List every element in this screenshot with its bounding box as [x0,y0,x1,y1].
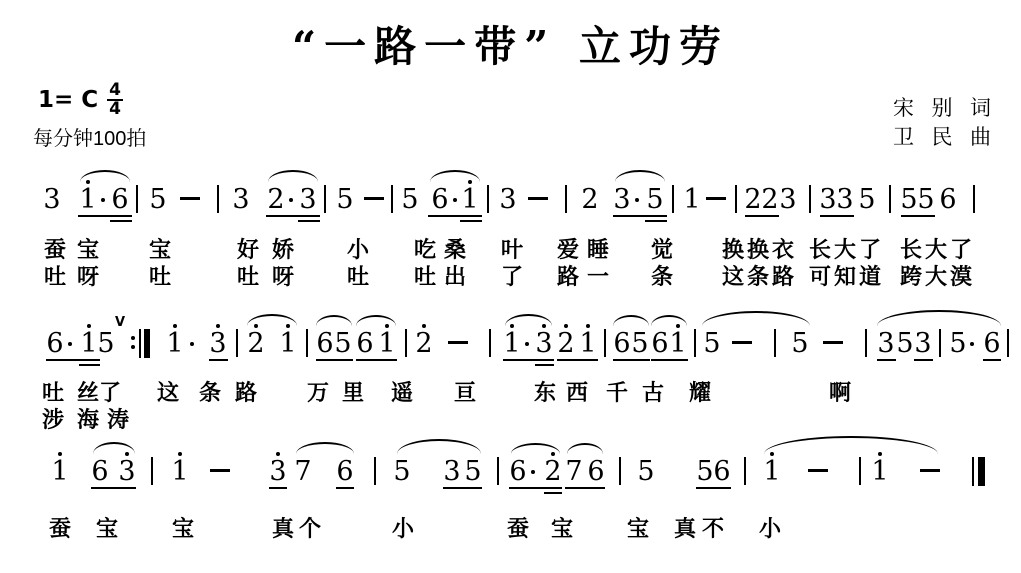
breath-mark: V [115,315,125,330]
beam [983,359,1001,361]
augmentation-dot [190,342,194,346]
barline [489,329,491,357]
beam [316,359,353,361]
slur-arc [702,311,810,326]
repeat-thin-bar [139,329,141,358]
lyric-char: 吐 [414,260,436,291]
note: 6 [316,330,333,357]
final-barline [972,457,988,486]
lyric-char: 漠 [950,260,972,291]
note: 6 [983,330,1000,357]
note: 1 [171,458,188,485]
note: 6 [111,186,128,213]
slur-arc [247,314,297,326]
lyric-char: 不 [702,512,724,543]
beam [443,487,482,489]
beam [356,359,397,361]
note: 3 [613,186,630,213]
note: 5 [696,458,713,485]
beam [336,487,354,489]
octave-dot [586,324,590,328]
note: 5 [336,186,353,213]
note: 3 [535,330,552,357]
note: 7 [565,458,582,485]
note: 6 [431,186,448,213]
slur-arc [430,170,480,182]
note: 6 [336,458,353,485]
dash-note [732,341,752,344]
beam [914,359,933,361]
octave-dot [173,324,177,328]
beam [613,359,650,361]
barline [306,329,308,357]
tempo-marking: 每分钟100拍 [33,122,146,151]
note: 1 [669,330,686,357]
note: 6 [46,330,63,357]
barline [744,457,746,485]
slur-arc [511,443,560,454]
note: 3 [232,186,249,213]
beam [79,364,100,366]
note: 3 [443,458,460,485]
lyric-char: 呀 [77,260,99,291]
barline [694,329,696,357]
barline [565,185,567,213]
credits: 宋 别 词 卫 民 曲 [893,94,991,152]
beam [557,359,598,361]
note: 3 [499,186,516,213]
sheet-music-page: “一路一带” 立功劳 1= C 4 4 每分钟100拍 宋 别 词 卫 民 曲 … [0,0,1021,573]
music-line: 1631376535627655611 [0,458,1021,498]
note: 2 [744,186,761,213]
note: 2 [247,330,264,357]
barline [136,185,138,213]
lyric-row: 吐呀吐吐呀吐吐出了路一条这条路可知道跨大漠 [0,260,1021,286]
barline [497,457,499,485]
note: 3 [779,186,796,213]
barline [217,185,219,213]
lyric-char: 蚕 [49,512,71,543]
slur-arc [877,310,1001,326]
lyric-char: 涛 [107,403,129,434]
lyric-char: 可 [809,260,831,291]
lyric-char: 宝 [172,512,194,543]
beam [209,359,228,361]
note: 5 [631,330,648,357]
barline [939,329,941,357]
lyric-char: 宝 [627,512,649,543]
beam [820,215,854,217]
beam [266,215,320,217]
beam [565,487,605,489]
time-signature: 4 4 [107,82,123,118]
note: 2 [581,186,598,213]
dash-note [920,469,940,472]
augmentation-dot [289,198,293,202]
note: 5 [703,330,720,357]
dash-note [448,341,468,344]
note: 5 [858,186,875,213]
barline [735,185,737,213]
note: 6 [651,330,668,357]
note: 5 [393,458,410,485]
note: 2 [544,458,561,485]
octave-dot [276,452,280,456]
note: 3 [914,330,931,357]
barline [487,185,489,213]
octave-dot [216,324,220,328]
barline [809,185,811,213]
note: 5 [149,186,166,213]
final-thin-bar [972,457,974,486]
note: 2 [557,330,574,357]
note: 7 [294,458,311,485]
lyric-row: 蚕宝宝好娇小吃桑叶爱睡觉换换衣长大了长大了 [0,233,1021,259]
beam [269,487,287,489]
lyric-char: 蚕 [507,512,529,543]
note: 3 [269,458,286,485]
augmentation-dot [970,342,974,346]
beam [91,487,136,489]
barline [672,185,674,213]
beam [544,492,562,494]
repeat-sign [130,330,152,357]
lyricist-credit: 宋 别 词 [893,94,991,123]
note: 1 [378,330,395,357]
lyricist-char: 别 [932,94,953,123]
barline [324,185,326,213]
note: 1 [579,330,596,357]
composer-char: 民 [932,123,953,152]
octave-dot [58,452,62,456]
slur-arc [613,315,649,326]
lyric-char: 道 [859,260,881,291]
beam [613,215,667,217]
beam [745,215,779,217]
barline [619,457,621,485]
lyric-char: 小 [392,512,414,543]
note: 1 [51,458,68,485]
lyric-row: 蚕宝宝真个小蚕宝宝真不小 [0,512,1021,538]
note: 5 [637,458,654,485]
dash-note [180,197,200,200]
lyric-char: 小 [759,512,781,543]
note: 3 [836,186,853,213]
note: 5 [646,186,663,213]
note: 1 [871,458,888,485]
key-signature: 1= C 4 4 [38,82,123,118]
note: 6 [939,186,956,213]
key-tonic: 1= C [38,87,98,113]
note: 1 [503,330,520,357]
repeat-dot [131,336,135,340]
lyric-char: 路 [772,260,794,291]
augmentation-dot [68,342,72,346]
slur-arc [615,170,665,182]
barline [236,329,238,357]
lyric-char: 真 [272,512,294,543]
note: 1 [79,186,96,213]
barline [151,457,153,485]
slur-arc [80,170,130,182]
beam [509,487,562,489]
barline [973,185,975,213]
dash-note [364,197,384,200]
note: 3 [877,330,894,357]
note: 2 [761,186,778,213]
note: 5 [896,330,913,357]
dash-note [210,469,230,472]
dash-note [528,197,548,200]
beam [78,215,132,217]
barline [374,457,376,485]
lyric-char: 宝 [96,512,118,543]
note: 5 [97,330,114,357]
barline [859,457,861,485]
lyricist-char: 宋 [893,94,914,123]
lyric-char: 大 [925,260,947,291]
slur-arc [567,443,603,454]
note: 5 [401,186,418,213]
beam [696,487,731,489]
beam [877,359,896,361]
beam [46,359,100,361]
beam [298,220,320,222]
note: 3 [209,330,226,357]
slur-arc [505,314,552,326]
barline [889,185,891,213]
slur-arc [93,442,135,454]
augmentation-dot [101,198,105,202]
beam [651,359,688,361]
song-title: “一路一带” 立功劳 [0,14,1021,74]
composer-char: 曲 [970,123,991,152]
note: 6 [613,330,630,357]
beam [110,220,132,222]
lyric-char: 一 [587,260,609,291]
lyric-char: 跨 [900,260,922,291]
note: 5 [791,330,808,357]
note: 6 [509,458,526,485]
repeat-dot [131,345,135,349]
dash-note [706,197,726,200]
final-thick-bar [978,457,985,486]
barline [405,329,407,357]
lyric-char: 知 [834,260,856,291]
note: 5 [334,330,351,357]
lyric-char: 吐 [149,260,171,291]
note: 5 [917,186,934,213]
composer-credit: 卫 民 曲 [893,123,991,152]
octave-dot [87,324,91,328]
note: 5 [464,458,481,485]
note: 3 [819,186,836,213]
note: 5 [900,186,917,213]
note: 1 [461,186,478,213]
note: 3 [299,186,316,213]
note: 1 [80,330,97,357]
slur-arc [356,315,396,326]
note: 6 [356,330,373,357]
lyric-char: 路 [557,260,579,291]
note: 1 [763,458,780,485]
lyric-char: 这 [722,260,744,291]
lyric-row: 涉海涛 [0,403,1021,429]
lyric-char: 海 [77,403,99,434]
octave-dot [422,324,426,328]
music-line: 615V132165612132165615535356 [0,330,1021,370]
note: 1 [279,330,296,357]
beam [645,220,667,222]
augmentation-dot [453,198,457,202]
lyric-char: 吐 [44,260,66,291]
barline [604,329,606,357]
lyric-char: 条 [651,260,673,291]
lyric-char: 呀 [272,260,294,291]
dash-note [823,341,843,344]
slur-arc [651,315,687,326]
lyric-char: 宝 [551,512,573,543]
lyric-char: 了 [501,260,523,291]
octave-dot [178,452,182,456]
repeat-thick-bar [144,329,150,358]
lyric-row: 吐丝了这条路万里遥亘东西千古耀啊 [0,376,1021,402]
note: 3 [43,186,60,213]
lyric-char: 吐 [237,260,259,291]
slur-arc [268,170,318,182]
beam [460,220,482,222]
octave-dot [564,324,568,328]
augmentation-dot [525,342,529,346]
barline [1007,329,1009,357]
note: 6 [713,458,730,485]
dash-note [808,469,828,472]
note: 6 [91,458,108,485]
beam [428,215,482,217]
note: 3 [118,458,135,485]
slur-arc [316,315,352,326]
note: 1 [683,186,700,213]
note: 1 [166,330,183,357]
augmentation-dot [635,198,639,202]
slur-arc [397,439,481,454]
note: 2 [415,330,432,357]
barline [865,329,867,357]
slur-arc [764,436,938,454]
music-line: 3165323556132351223335556 [0,186,1021,226]
composer-char: 卫 [893,123,914,152]
lyric-char: 吐 [347,260,369,291]
beam [503,359,554,361]
lyric-char: 真 [674,512,696,543]
barline [391,185,393,213]
slur-arc [296,442,354,454]
lyric-char: 涉 [42,403,64,434]
lyricist-char: 词 [970,94,991,123]
lyric-char: 出 [444,260,466,291]
beam [535,364,554,366]
note: 6 [587,458,604,485]
time-signature-denominator: 4 [107,101,123,118]
barline [774,329,776,357]
lyric-char: 条 [747,260,769,291]
augmentation-dot [531,470,535,474]
note: 2 [267,186,284,213]
lyric-char: 个 [299,512,321,543]
beam [901,215,935,217]
note: 5 [949,330,966,357]
